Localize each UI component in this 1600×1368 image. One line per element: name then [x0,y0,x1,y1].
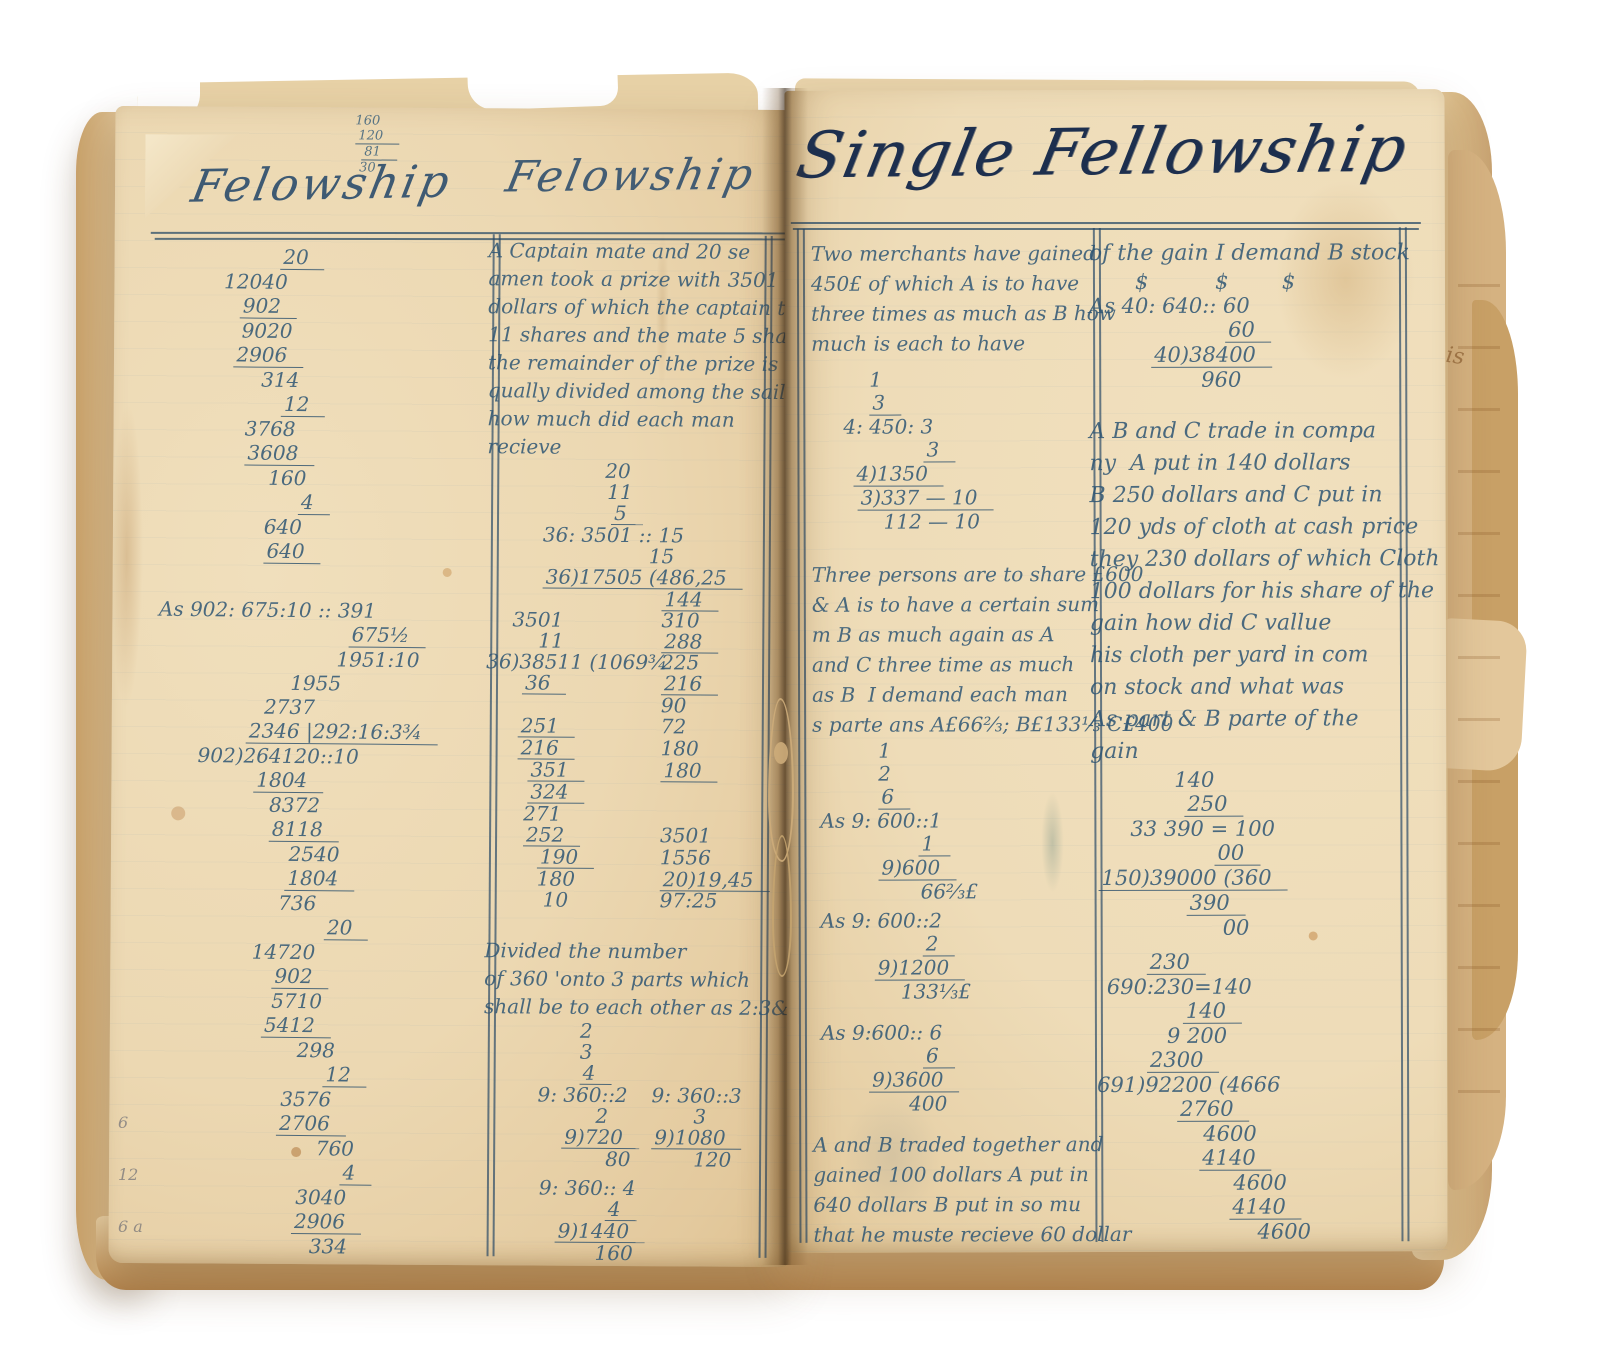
handwriting: 20 [324,915,369,940]
handwritten-figure-line: 334 [153,1233,465,1260]
handwriting: A and B traded together and [813,1129,1103,1160]
handwriting: 2906 [233,342,303,368]
handwritten-figure-line: 12040 [162,269,474,296]
handwriting: 40)38400 [1151,343,1272,368]
handwritten-figure-line: 14720 [156,939,468,966]
handwriting: As 9: 600::2 [821,909,942,932]
handwritten-text-line: three times as much as B how [811,298,1085,329]
handwriting: 902)264120::10 [197,743,358,769]
handwritten-text-line: B 250 dollars and C put in [1090,479,1430,512]
handwriting: 140 [1174,768,1214,792]
handwritten-text-line: qually divided among the sailors [488,376,776,406]
handwriting: 251 [518,715,575,737]
handwriting: 3501 [512,609,563,630]
handwriting: Divided the number [484,936,686,965]
handwritten-figure-line: 4)1350 [811,462,1085,487]
handwritten-figure-line: 12 [161,391,473,419]
handwritten-figure-line: 314 [161,367,473,394]
handwriting: 5412 [261,1013,331,1039]
handwritten-figure-line: 9)3600 [813,1068,1087,1093]
handwritten-text-line: 450£ of which A is to have [811,268,1085,299]
handwritten-figure-line: 6 a [118,1216,143,1238]
handwriting: 314 [261,368,299,392]
handwriting: 00 [1214,841,1260,866]
handwriting: 736 [278,891,316,915]
handwriting: 400 [909,1092,947,1115]
handwriting: 351 [527,759,584,781]
handwritten-figure-line: 160 [349,113,449,129]
handwriting: 4600 [1233,1171,1287,1195]
handwriting: 180 [660,760,717,782]
handwriting: ny A put in 140 dollars [1089,447,1350,480]
handwritten-text-line: 100 dollars for his share of the [1090,575,1430,608]
handwriting: gained 100 dollars A put in [813,1159,1089,1190]
handwritten-figure-line: 902)264120::10 [157,743,469,770]
handwritten-figure-line: 1 [812,832,1086,857]
worked-figures-column: of the gain I demand B stock$ $ $As 40: … [1089,237,1432,1244]
handwritten-figure-line: 691)92200 (4666 [1091,1072,1431,1097]
handwriting: 6 a [118,1216,143,1238]
handwriting: 960 [1201,368,1241,392]
worked-figures-column: 2012040902902029063141237683608160464064… [153,244,475,1260]
handwriting: 2 [580,1021,593,1042]
handwritten-figure-line: 1951:10 [158,646,470,673]
handwriting: 160 [355,113,380,128]
handwritten-figure-line: 140 [1091,998,1431,1024]
handwriting: of the gain I demand B stock [1089,237,1410,270]
handwritten-text-line: of 360 'onto 3 parts which [484,964,772,994]
handwriting: 160 [594,1243,632,1264]
handwriting: the remainder of the prize is e [488,348,797,378]
handwritten-figure-line: 4600 [1091,1170,1431,1195]
handwriting: of 360 'onto 3 parts which [484,964,750,994]
handwriting: 2 [923,932,955,956]
handwriting: 3 [869,392,901,416]
handwritten-figure-line: 9: 360::29: 360::3 [483,1084,771,1107]
handwritten-figure-line: 5412 [155,1012,467,1040]
handwritten-figure-line: 3)337 — 10 [812,486,1086,511]
photograph-background: 6126 a is 1601208130 Felowship Felowship… [0,0,1600,1368]
handwritten-figure-line: 1901556 [485,846,773,870]
handwriting: 3)337 — 10 [858,486,994,510]
handwritten-figure-line: 230 [1091,949,1431,975]
handwriting: 12 [281,392,326,417]
handwritten-figure-line: As 9:600:: 6 [813,1021,1087,1045]
handwritten-figure-line: 400 [813,1092,1087,1116]
handwritten-figure-line: 2523501 [485,824,773,848]
handwritten-figure-line: 4 [153,1159,465,1187]
handwritten-text-line: A Captain mate and 20 se [489,236,777,266]
handwriting: As 902: 675:10 :: 391 [159,597,376,623]
handwritten-text-line: on stock and what was [1090,671,1430,704]
handwriting: 1556 [660,847,711,868]
handwriting: 4600 [1203,1122,1257,1146]
handwritten-figure-line: 1097:25 [485,889,773,912]
handwritten-figure-line: 4600 [1091,1121,1431,1146]
handwritten-figure-line: 9 200 [1091,1023,1431,1048]
handwriting: As 9:600:: 6 [821,1021,942,1044]
handwritten-figure-line: 760 [154,1135,466,1162]
handwritten-figure-line: 3576 [154,1086,466,1113]
handwritten-figure-line: 11 [487,481,775,504]
handwriting: 6 [118,1112,128,1134]
handwriting: 3608 [244,440,314,466]
handwritten-figure-line: 150)39000 (360 [1091,865,1431,891]
handwriting: 9)600 [878,856,956,880]
handwriting: 2737 [264,695,315,719]
handwritten-figure-line: 1 [811,368,1085,392]
handwriting: 298 [297,1038,335,1062]
handwritten-figure-line: 351180 [485,759,773,783]
handwriting: 6 [878,786,910,810]
handwriting: m B as much again as A [812,619,1055,650]
handwriting: shall be to each other as 2:3&4 [484,992,802,1022]
handwriting: 450£ of which A is to have [811,268,1079,299]
handwritten-text-line: gain how did C vallue [1090,607,1430,640]
handwriting: 12 [322,1062,367,1087]
handwriting: 3501 [660,825,711,846]
handwriting: 11 [607,482,633,503]
handwritten-figure-line: 160 [482,1242,770,1265]
handwritten-figure-line: 3768 [161,416,473,443]
handwriting: 9: 360:: 4 [539,1178,636,1200]
handwriting: 36)38511 (1069¾ [486,651,667,673]
handwritten-figure-line: $ $ $ [1089,269,1429,294]
handwriting: 190 [537,847,594,869]
handwritten-text-line: Two merchants have gained [811,238,1085,269]
handwritten-figure-line: 9: 360:: 4 [483,1177,771,1200]
handwriting: much is each to have [811,328,1025,359]
handwritten-figure-line: 12 [154,1061,466,1089]
handwritten-figure-line: 40)38400 [1089,342,1429,368]
handwritten-figure-line: 60 [1089,317,1429,343]
handwriting: 4600 [1257,1219,1311,1243]
handwritten-figure-line: 8372 [157,792,469,819]
handwritten-text-line: Divided the number [484,936,772,966]
header-rule [791,222,1421,224]
handwriting: 4140 [1229,1195,1302,1220]
handwriting: & A is to have a certain sum [812,589,1099,620]
handwritten-text-line: Three persons are to share £600 [812,559,1086,590]
handwriting: 4 [339,1160,371,1185]
handwriting: 3 [580,1042,593,1063]
handwriting: 66⅔£ [921,880,979,903]
handwritten-figure-line: 1804 [156,865,468,893]
handwritten-text-line: ny A put in 140 dollars [1089,447,1429,480]
handwriting: 100 dollars for his share of the [1090,575,1434,608]
handwriting: 4: 450: 3 [843,415,933,438]
left-page: 1601208130 Felowship Felowship 201204090… [108,106,795,1267]
handwritten-figure-line: 2906 [161,342,473,370]
handwritten-figure-line: 120 [349,128,449,145]
handwritten-figure-line: 80120 [483,1148,771,1171]
handwriting: A Captain mate and 20 se [489,236,751,266]
handwritten-figure-line: 20 [156,914,468,942]
book-gutter-shadow [762,88,808,1265]
torn-edge-writing-marks [1458,250,1500,1130]
handwriting: 9)3600 [869,1068,960,1092]
handwritten-figure-line: 2737 [158,694,470,721]
handwritten-text-line: As part & B parte of the [1090,703,1430,736]
handwritten-text-line: amen took a prize with 3501 [488,264,776,294]
handwriting: 72 [661,716,687,737]
handwritten-text-line: shall be to each other as 2:3&4 [484,992,772,1022]
handwriting: 675½ [349,622,426,648]
handwriting: his cloth per yard in com [1090,639,1369,672]
handwritten-text-line: the remainder of the prize is e [488,348,776,378]
handwritten-figure-line: 2540 [157,841,469,868]
handwritten-text-line: 640 dollars B put in so mu [813,1189,1087,1220]
handwriting: As part & B parte of the [1090,703,1359,736]
handwriting: recieve [487,432,561,460]
handwritten-figure-line: 4 [484,1062,772,1086]
handwriting: 1 [878,740,891,763]
handwritten-figure-line: 736 [156,890,468,917]
handwritten-figure-line: 00 [1091,915,1431,940]
handwriting: 9 200 [1167,1024,1227,1048]
handwritten-figure-line: 3 [811,438,1085,463]
handwritten-figure-line: 4: 450: 3 [811,415,1085,439]
handwritten-figure-line: As 9: 600::2 [813,909,1087,933]
handwritten-figure-line: 4140 [1091,1145,1431,1171]
handwriting: 4 [298,490,330,515]
handwriting: 6 [923,1044,955,1068]
handwriting: 250 [1184,792,1243,817]
handwriting: 3768 [245,416,296,440]
handwritten-figure-line: 2906 [153,1208,465,1236]
handwriting: 20 [605,461,631,482]
handwritten-figure-line: 8118 [157,816,469,844]
handwriting: 12 [118,1164,138,1186]
handwritten-figure-line: 140 [1090,767,1430,792]
handwriting: 150)39000 (360 [1099,866,1288,891]
handwriting: 5 [611,503,643,525]
handwritten-text-line: dollars of which the captain took [488,292,776,322]
handwritten-figure-line: 3501310 [486,609,774,632]
handwritten-figure-line: 2346 |292:16:3¾ [158,718,470,746]
header-rule [151,232,791,234]
handwritten-figure-line: 4140 [1091,1194,1431,1220]
handwriting: 2706 [276,1111,346,1137]
problem-text-column: A Captain mate and 20 seamen took a priz… [482,236,776,1265]
handwritten-figure-line: 2300 [1091,1047,1431,1073]
handwriting: 140 [1183,999,1242,1024]
handwriting: 2906 [291,1209,361,1235]
handwriting: amen took a prize with 3501 [488,264,778,294]
handwritten-figure-line: 1955 [158,670,470,697]
handwritten-figure-line: 298 [155,1037,467,1064]
handwriting: B 250 dollars and C put in [1090,479,1383,512]
handwriting: 690:230=140 [1107,975,1252,999]
handwritten-figure-line: 690:230=140 [1091,974,1431,999]
handwritten-figure-line: 1 [812,739,1086,763]
handwriting: 334 [309,1234,347,1258]
handwriting: 80 [605,1149,631,1170]
handwriting: three times as much as B how [811,298,1116,329]
handwriting: 4 [580,1063,612,1085]
handwriting: they 230 dollars of which Cloth [1090,543,1440,576]
handwritten-text-line: that he muste recieve 60 dollar [813,1219,1087,1250]
torn-notch [467,69,618,110]
handwritten-figure-line: 902 [155,963,467,991]
handwritten-figure-line: 133⅓£ [813,980,1087,1004]
handwritten-text-line: much is each to have [811,328,1085,359]
handwritten-figure-line: 23 [483,1105,771,1128]
handwriting: 216 [518,737,575,759]
handwritten-figure-line: 1804 [157,767,469,795]
bleed-through-text: is [1444,343,1466,370]
handwritten-figure-line: 2 [484,1020,772,1043]
handwriting: gain [1090,736,1138,768]
handwriting: 1804 [284,866,354,892]
handwritten-text-line: and C three time as much [812,649,1086,680]
header-rule [793,228,1419,230]
handwritten-figure-line: 675½ [159,621,471,649]
handwriting: 10 [543,890,569,911]
handwritten-figure-line: 6 [812,785,1086,810]
handwriting: 60 [1225,318,1271,343]
handwriting: 90 [661,695,687,716]
handwritten-text-line: gained 100 dollars A put in [813,1159,1087,1190]
handwriting: 133⅓£ [901,980,971,1003]
handwriting: 33 390 = 100 [1130,817,1275,841]
handwritten-figure-line: 5710 [155,988,467,1015]
handwritten-figure-line: 12 [118,1164,143,1186]
handwriting: 14720 [252,940,316,965]
handwriting: 2760 [1177,1097,1250,1122]
handwritten-figure-line: 20 [162,244,474,272]
handwritten-figure-line: 9)1200 [813,956,1087,981]
handwritten-figure-line: 2 [813,932,1087,957]
handwritten-figure-line: As 40: 640:: 60 [1089,293,1429,318]
handwritten-text-line: 120 yds of cloth at cash price [1090,511,1430,544]
handwritten-figure-line: 160 [160,465,472,492]
handwritten-figure-line: 3 [484,1041,772,1064]
page-title-fellowship-2: Felowship [502,150,760,203]
handwritten-figure-line: 00 [1090,840,1430,866]
handwritten-figure-line: 960 [1089,367,1429,392]
handwritten-text-line: of the gain I demand B stock [1089,237,1429,270]
handwritten-figure-line: 6 [813,1044,1087,1069]
handwriting: Two merchants have gained [811,238,1096,269]
handwriting: 112 — 10 [884,510,980,533]
handwritten-figure-line: As 902: 675:10 :: 391 [159,597,471,624]
handwriting: 00 [1223,916,1250,940]
handwriting: 390 [1187,891,1246,916]
handwriting: 120 [355,128,399,144]
handwritten-figure-line: 2 [812,762,1086,786]
handwriting: 640 dollars B put in so mu [813,1189,1081,1220]
handwriting: 1951:10 [336,647,419,672]
handwriting: 11 [538,631,564,652]
handwritten-text-line: his cloth per yard in com [1090,639,1430,672]
handwritten-figure-line: 36)17505 (486,25 [487,566,775,590]
handwriting: 160 [268,466,306,490]
handwriting: As 40: 640:: 60 [1089,294,1250,318]
handwritten-text-line: m B as much again as A [812,619,1086,650]
handwriting: 324 [527,781,584,803]
handwriting: gain how did C vallue [1090,607,1332,640]
handwritten-figure-line: 216180 [486,737,774,761]
handwriting: 3040 [295,1185,346,1209]
handwriting: 36 [522,672,567,694]
handwritten-figure-line: As 9: 600::1 [812,809,1086,833]
handwriting: 3576 [280,1087,331,1111]
handwritten-figure-line: 4 [160,489,472,517]
handwritten-figure-line: 36216 [486,672,774,696]
handwriting: 9)720 [561,1127,639,1149]
handwritten-text-line: recieve [487,432,775,462]
handwriting: 1804 [253,768,323,794]
handwriting: 8118 [269,817,339,843]
handwriting: 120 yds of cloth at cash price [1090,511,1419,544]
handwriting: $ $ $ [1135,270,1295,294]
handwritten-figure-line: 112 — 10 [812,510,1086,534]
handwritten-figure-line: 3608 [160,440,472,468]
page-title-single-fellowship: Single Fellowship [791,113,1415,194]
handwriting: 20 [280,245,325,270]
problem-text-column: Two merchants have gained450£ of which A… [811,238,1088,1250]
handwriting: 4140 [1199,1146,1272,1171]
handwriting: 2300 [1147,1048,1220,1073]
handwriting: 4 [605,1199,637,1221]
handwriting: 2 [595,1106,608,1127]
handwritten-text-line: & A is to have a certain sum [812,589,1086,620]
handwriting: 36: 3501 :: 15 [543,525,684,547]
handwritten-figure-line: 2706 [154,1110,466,1138]
handwriting: 3 [693,1106,706,1127]
handwriting: 902 [271,964,328,990]
handwritten-figure-line: 18020)19,45 [485,868,773,891]
handwriting: 180 [661,738,699,759]
handwritten-figure-line: 33 390 = 100 [1090,816,1430,841]
binding-thread-knot [774,742,788,764]
handwriting: As 9: 600::1 [820,809,941,832]
handwriting: 230 [1147,950,1206,975]
handwritten-figure-line: 640 [159,538,471,566]
handwritten-text-line: how much did each man [488,404,776,434]
handwriting: 9)1200 [875,956,966,980]
handwriting: 15 [649,546,675,567]
handwritten-figure-line: 2760 [1091,1096,1431,1122]
handwritten-figure-line: 3040 [153,1184,465,1211]
handwriting: 97:25 [660,890,718,911]
handwriting: 252 [523,824,580,846]
handwritten-text-line: 11 shares and the mate 5 shares [488,320,776,350]
handwriting: A B and C trade in compa [1089,415,1376,448]
handwritten-figure-line: 66⅔£ [813,880,1087,904]
handwriting: 2346 |292:16:3¾ [246,719,438,746]
handwritten-figure-line: 3 [811,391,1085,416]
handwriting: 3 [923,438,955,462]
handwritten-figure-line: 4600 [1091,1219,1431,1244]
handwriting: 1955 [290,671,341,695]
handwritten-text-line: gain [1090,735,1430,768]
handwriting: 2540 [289,842,340,866]
handwriting: 9)1080 [651,1127,742,1150]
handwriting: 9: 360::2 [537,1085,627,1107]
handwriting: 640 [263,539,320,565]
handwriting: 36)17505 (486,25 [543,567,743,590]
handwritten-figure-line: 36: 3501 :: 15 [487,524,775,547]
handwriting: 8372 [269,793,320,817]
handwriting: 120 [693,1149,731,1170]
handwriting: 9020 [242,318,293,342]
handwriting: how much did each man [488,404,735,434]
handwriting: and C three time as much [812,649,1074,680]
handwritten-text-line: they 230 dollars of which Cloth [1090,543,1430,576]
handwritten-figure-line: 640 [160,514,472,541]
